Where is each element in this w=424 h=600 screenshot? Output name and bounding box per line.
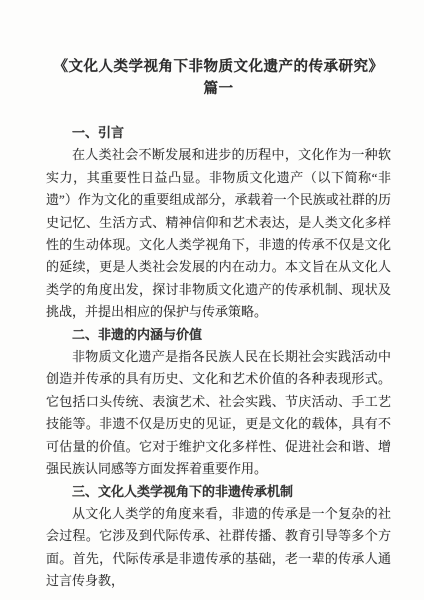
section-heading-2: 二、非遗的内涵与价值 (46, 324, 391, 346)
document-page: 《文化人类学视角下非物质文化遗产的传承研究》 篇一 一、引言 在人类社会不断发展… (0, 0, 424, 600)
paragraph: 非物质文化遗产是指各民族人民在长期社会实践活动中创造并传承的具有历史、文化和艺术… (46, 346, 391, 480)
section-introduction: 一、引言 在人类社会不断发展和进步的历程中，文化作为一种软实力，其重要性日益凸显… (46, 122, 391, 324)
section-connotation-value: 二、非遗的内涵与价值 非物质文化遗产是指各民族人民在长期社会实践活动中创造并传承… (46, 324, 391, 481)
paragraph: 从文化人类学的角度来看，非遗的传承是一个复杂的社会过程。它涉及到代际传承、社群传… (46, 503, 391, 593)
section-heading-1: 一、引言 (46, 122, 391, 144)
paragraph: 在人类社会不断发展和进步的历程中，文化作为一种软实力，其重要性日益凸显。非物质文… (46, 144, 391, 323)
section-transmission-mechanism: 三、文化人类学视角下的非遗传承机制 从文化人类学的角度来看，非遗的传承是一个复杂… (46, 481, 391, 593)
section-heading-3: 三、文化人类学视角下的非遗传承机制 (46, 481, 391, 503)
document-title: 《文化人类学视角下非物质文化遗产的传承研究》 篇一 (46, 56, 391, 100)
